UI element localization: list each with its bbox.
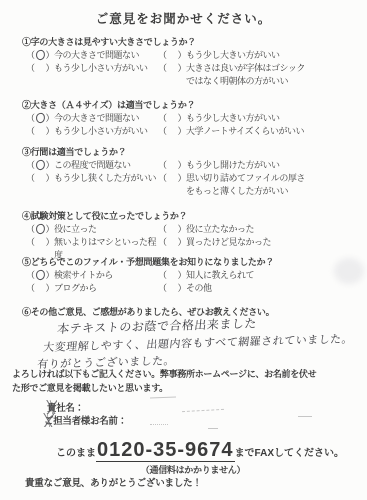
- answer-mark: [167, 224, 178, 235]
- paren-open: （: [26, 62, 35, 75]
- paren-open: （: [26, 223, 35, 236]
- answer-mark: [35, 63, 46, 74]
- publish-request-note: よろしければ以下もご記入ください。弊事務所ホームページに、お名前を伏せ た形でご…: [12, 368, 316, 395]
- paren-close: ）: [46, 112, 55, 125]
- question-4: ④試験対策として役に立ったでしょうか？ （） 役に立った （） 役に立たなかった…: [22, 210, 363, 262]
- fax-number: 0120-35-9674: [96, 440, 235, 462]
- option-q2-notebook-size: （） 大学ノートサイズくらいがいい: [158, 125, 363, 138]
- option-label: ブログから: [54, 282, 97, 295]
- option-label: 今の大きさで問題ない: [54, 49, 139, 62]
- paren-close: ）: [46, 159, 55, 172]
- paren-close: ）: [46, 223, 55, 236]
- paren-open: （: [26, 159, 35, 172]
- answer-mark: [167, 270, 178, 281]
- option-label: 大きさは良いが字体はゴシック ではなく明朝体の方がいい: [186, 62, 305, 88]
- company-label-scribbled-prefix: 貴: [47, 400, 56, 414]
- fax-prefix: このまま: [56, 444, 96, 459]
- option-label: 買ったけど見なかった: [186, 236, 271, 249]
- answer-mark: [167, 283, 178, 294]
- paren-open: （: [158, 49, 167, 62]
- paren-close: ）: [178, 125, 187, 138]
- paren-open: （: [158, 62, 167, 75]
- option-q5-other: （） その他: [158, 282, 363, 295]
- question-1-text: ①字の大きさは見やすい大きさでしょうか？: [22, 36, 363, 48]
- paren-close: ）: [46, 282, 55, 295]
- option-label: もう少し開けた方がいい: [186, 159, 280, 172]
- fax-instruction: このまま0120-35-9674までFAXしてください。: [56, 440, 344, 462]
- option-label: 役に立った: [54, 223, 97, 236]
- option-label: もう少し小さい方がいい: [54, 62, 148, 75]
- option-q3-thinner-file: （） 思い切り詰めてファイルの厚さ をもっと薄くした方がいい: [158, 172, 363, 198]
- question-5: ⑤どちらでこのファイル・予想問題集をお知りになりましたか？ （） 検索サイトから…: [22, 256, 363, 295]
- option-label: 大学ノートサイズくらいがいい: [186, 125, 304, 138]
- answer-mark: [167, 50, 178, 61]
- option-q1-smaller: （） もう少し小さい方がいい: [26, 62, 158, 88]
- option-label: この程度で問題ない: [54, 159, 131, 172]
- fax-suffix: までFAXしてください。: [235, 444, 344, 459]
- option-q1-now-ok: （） 今の大きさで問題ない: [26, 49, 158, 62]
- faint-pencil-mark: [182, 409, 224, 412]
- paren-open: （: [26, 236, 35, 249]
- scan-smudge: [334, 258, 364, 284]
- answer-mark: [167, 173, 178, 184]
- option-q5-search-site: （） 検索サイトから: [26, 269, 158, 282]
- paren-close: ）: [46, 236, 55, 249]
- option-q2-bigger: （） もう少し大きい方がいい: [158, 112, 363, 125]
- option-q2-smaller: （） もう少し小さい方がいい: [26, 125, 158, 138]
- paren-open: （: [26, 172, 35, 185]
- question-3: ③行間は適当でしょうか？ （） この程度で問題ない （） もう少し開けた方がいい…: [22, 146, 363, 198]
- answer-mark: [167, 63, 178, 74]
- option-label: その他: [186, 282, 212, 295]
- paren-close: ）: [178, 49, 187, 62]
- paren-close: ）: [178, 172, 187, 185]
- answer-mark: [167, 113, 178, 124]
- paren-open: （: [158, 159, 167, 172]
- question-2-text: ②大きさ（Ａ４サイズ）は適当でしょうか？: [22, 99, 363, 111]
- form-title: ご意見をお聞かせください。: [0, 9, 367, 27]
- question-3-options: （） この程度で問題ない （） もう少し開けた方がいい （） もう少し狭くした方…: [26, 159, 363, 198]
- faint-pencil-mark: [150, 424, 168, 425]
- option-label: 今の大きさで問題ない: [54, 112, 139, 125]
- paren-close: ）: [178, 269, 187, 282]
- option-q1-mincho: （） 大きさは良いが字体はゴシック ではなく明朝体の方がいい: [158, 62, 363, 88]
- scanned-feedback-form: ご意見をお聞かせください。 ①字の大きさは見やすい大きさでしょうか？ （） 今の…: [0, 0, 367, 500]
- paren-close: ）: [46, 172, 55, 185]
- paren-close: ）: [178, 223, 187, 236]
- paren-open: （: [158, 125, 167, 138]
- option-q3-now-ok: （） この程度で問題ない: [26, 159, 158, 172]
- paren-open: （: [158, 223, 167, 236]
- paren-open: （: [26, 269, 35, 282]
- question-1-options: （） 今の大きさで問題ない （） もう少し大きい方がいい （） もう少し小さい方…: [26, 49, 363, 88]
- paren-open: （: [158, 112, 167, 125]
- option-q1-bigger: （） もう少し大きい方がいい: [158, 49, 363, 62]
- paren-open: （: [26, 49, 35, 62]
- option-label: 思い切り詰めてファイルの厚さ をもっと薄くした方がいい: [186, 172, 305, 198]
- question-5-text: ⑤どちらでこのファイル・予想問題集をお知りになりましたか？: [22, 256, 363, 268]
- paren-open: （: [26, 112, 35, 125]
- paren-close: ）: [178, 112, 187, 125]
- paren-close: ）: [46, 62, 55, 75]
- answer-mark: [35, 173, 46, 184]
- answer-mark: [35, 50, 46, 61]
- contact-label: 担当者様お名前：: [53, 416, 127, 427]
- answer-mark: [35, 283, 46, 294]
- paren-open: （: [158, 269, 167, 282]
- paren-close: ）: [46, 49, 55, 62]
- answer-mark: [35, 224, 46, 235]
- option-label: 役に立たなかった: [186, 223, 254, 236]
- faint-pencil-mark: [298, 416, 312, 417]
- paren-open: （: [26, 125, 35, 138]
- paren-close: ）: [178, 62, 187, 75]
- faint-pencil-mark: [150, 397, 176, 399]
- paren-open: （: [158, 172, 167, 185]
- answer-mark: [35, 270, 46, 281]
- question-2-options: （） 今の大きさで問題ない （） もう少し大きい方がいい （） もう少し小さい方…: [26, 112, 363, 138]
- question-2: ②大きさ（Ａ４サイズ）は適当でしょうか？ （） 今の大きさで問題ない （） もう…: [22, 99, 363, 138]
- option-q5-friend: （） 知人に教えられて: [158, 269, 363, 282]
- paren-open: （: [158, 282, 167, 295]
- question-4-text: ④試験対策として役に立ったでしょうか？: [22, 210, 363, 222]
- option-q5-blog: （） ブログから: [26, 282, 158, 295]
- paren-open: （: [26, 282, 35, 295]
- paren-close: ）: [178, 282, 187, 295]
- answer-mark: [35, 126, 46, 137]
- question-5-options: （） 検索サイトから （） 知人に教えられて （） ブログから （） その他: [26, 269, 363, 295]
- option-label: 知人に教えられて: [186, 269, 254, 282]
- question-3-text: ③行間は適当でしょうか？: [22, 146, 363, 158]
- option-label: もう少し大きい方がいい: [186, 49, 280, 62]
- option-label: 検索サイトから: [54, 269, 113, 282]
- paren-close: ）: [178, 159, 187, 172]
- answer-mark: [167, 160, 178, 171]
- option-q3-wider: （） もう少し開けた方がいい: [158, 159, 363, 172]
- paren-close: ）: [46, 125, 55, 138]
- contact-name-field: ご担当者様お名前：: [44, 413, 127, 427]
- answer-mark: [35, 160, 46, 171]
- option-label: もう少し狭くした方がいい: [54, 172, 156, 185]
- option-q3-narrower: （） もう少し狭くした方がいい: [26, 172, 158, 198]
- company-name-field: 貴社名：: [47, 400, 84, 414]
- question-1: ①字の大きさは見やすい大きさでしょうか？ （） 今の大きさで問題ない （） もう…: [22, 36, 363, 88]
- option-label: もう少し小さい方がいい: [54, 125, 148, 138]
- option-label: もう少し大きい方がいい: [186, 112, 280, 125]
- faint-pencil-mark: [208, 428, 218, 429]
- option-q2-now-ok: （） 今の大きさで問題ない: [26, 112, 158, 125]
- paren-open: （: [158, 236, 167, 249]
- answer-mark: [35, 113, 46, 124]
- answer-mark: [35, 237, 46, 248]
- contact-label-scribbled-prefix: ご: [44, 413, 53, 427]
- option-q4-useful: （） 役に立った: [26, 223, 158, 236]
- answer-mark: [167, 237, 178, 248]
- paren-close: ）: [178, 236, 187, 249]
- answer-mark: [167, 126, 178, 137]
- thanks-message: 貴重なご意見、ありがとうございました！: [25, 475, 202, 489]
- paren-close: ）: [46, 269, 55, 282]
- option-q4-not-useful: （） 役に立たなかった: [158, 223, 363, 236]
